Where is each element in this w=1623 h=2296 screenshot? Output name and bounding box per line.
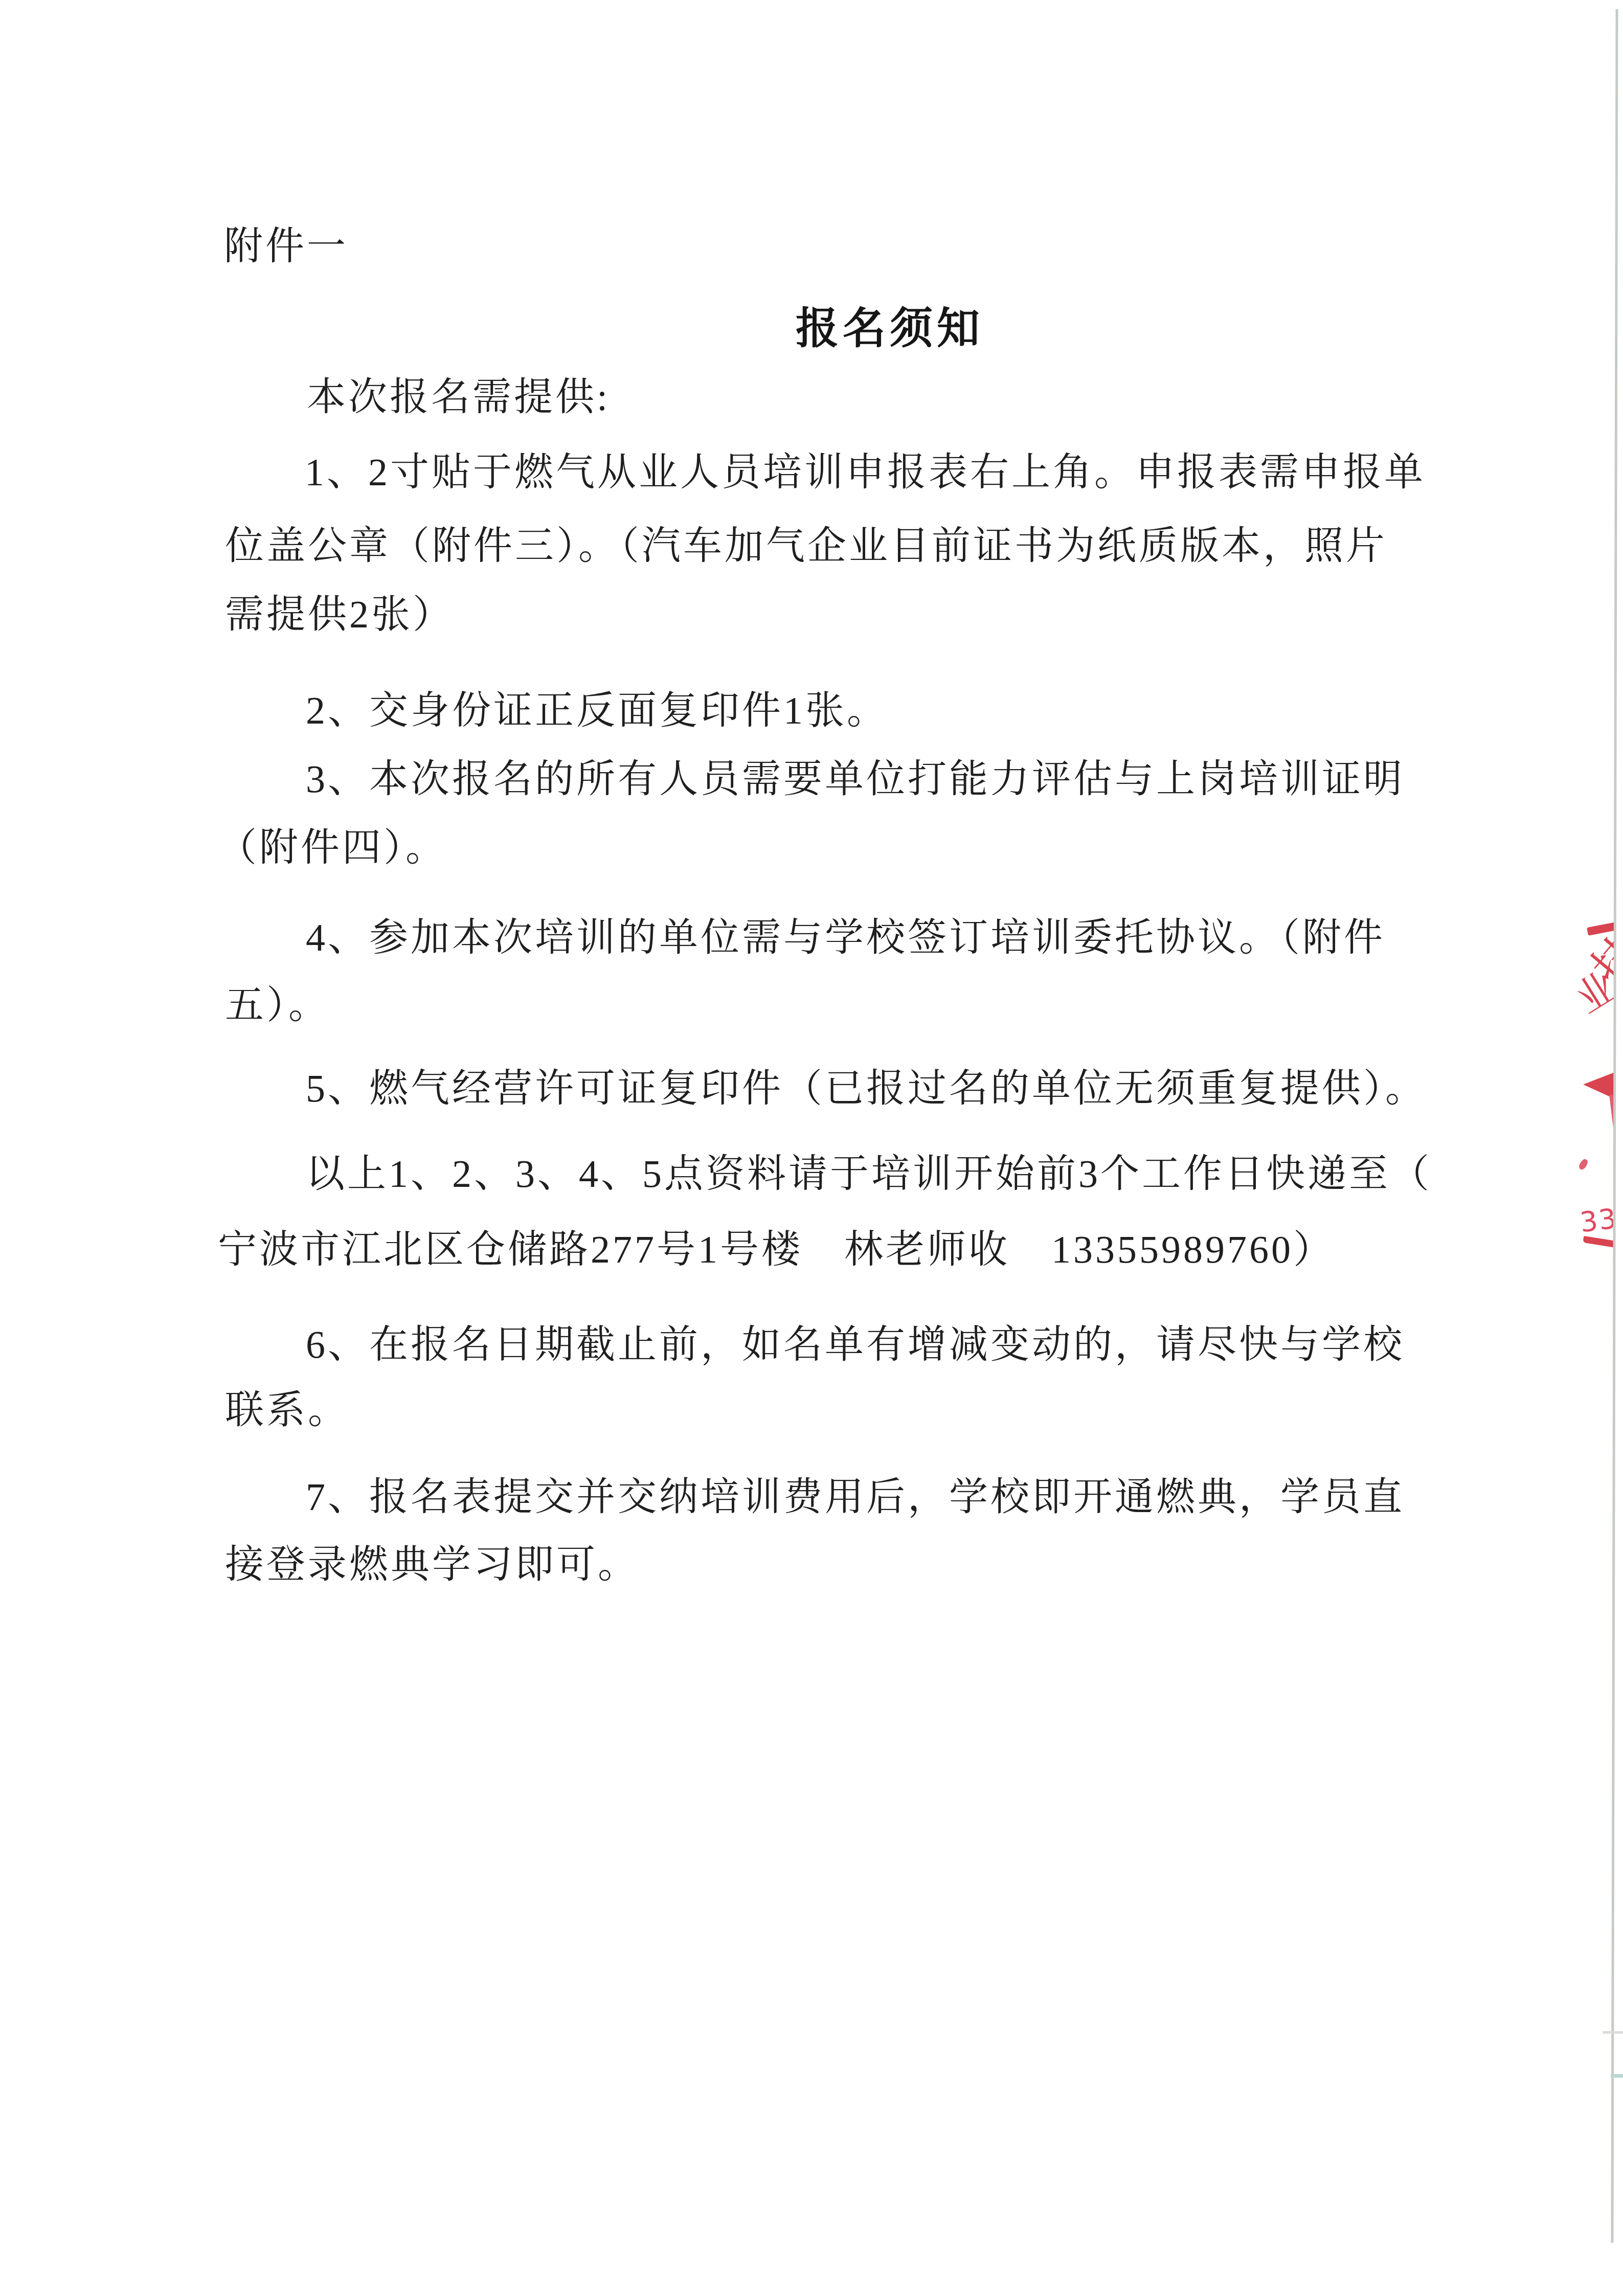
attachment-label: 附件一: [224, 227, 348, 267]
summary-line1: 以上1、2、3、4、5点资料请于培训开始前3个工作日快递至（: [306, 1154, 1432, 1195]
stamp-bottom-bar: [1583, 1236, 1615, 1248]
stamp-ink-dot: [1578, 1158, 1589, 1171]
item4-line2: 五）。: [225, 985, 330, 1026]
item1-line2: 位盖公章（附件三）。（汽车加气企业目前证书为纸质版本，照片: [225, 526, 1387, 567]
page-title: 报名须知: [796, 307, 984, 352]
scan-artifact-cyan-tick: [1611, 2074, 1623, 2078]
item1-line1: 1、2寸贴于燃气从业人员培训申报表右上角。申报表需申报单: [305, 453, 1426, 493]
item2-line1: 2、交身份证正反面复印件1张。: [306, 691, 888, 732]
item3-line2: （附件四）。: [218, 828, 447, 869]
item6-line1: 6、在报名日期截止前，如名单有增减变动的，请尽快与学校: [306, 1325, 1405, 1366]
stamp-number-fragment: 330: [1579, 1203, 1615, 1237]
item4-line1: 4、参加本次培训的单位需与学校签订培训委托协议。（附件: [306, 918, 1385, 959]
item7-line1: 7、报名表提交并交纳培训费用后，学校即开通燃典，学员直: [306, 1477, 1405, 1518]
red-stamp-fragment: 技 业 330: [1554, 915, 1615, 1268]
intro-line: 本次报名需提供:: [307, 377, 610, 418]
scan-artifact-gray-tick: [1603, 2031, 1623, 2034]
item1-line3: 需提供2张）: [225, 595, 454, 636]
scanned-document-page: 附件一 报名须知 本次报名需提供: 1、2寸贴于燃气从业人员培训申报表右上角。申…: [0, 0, 1623, 2296]
summary-line2-address-phone: 宁波市江北区仓储路277号1号楼 林老师收 13355989760）: [218, 1230, 1335, 1271]
stamp-character-bottom: 业: [1569, 965, 1615, 1020]
item6-line2: 联系。: [225, 1390, 349, 1431]
item5-line1: 5、燃气经营许可证复印件（已报过名的单位无须重复提供）。: [306, 1069, 1427, 1110]
item3-line1: 3、本次报名的所有人员需要单位打能力评估与上岗培训证明: [306, 759, 1405, 800]
item7-line2: 接登录燃典学习即可。: [225, 1545, 639, 1586]
